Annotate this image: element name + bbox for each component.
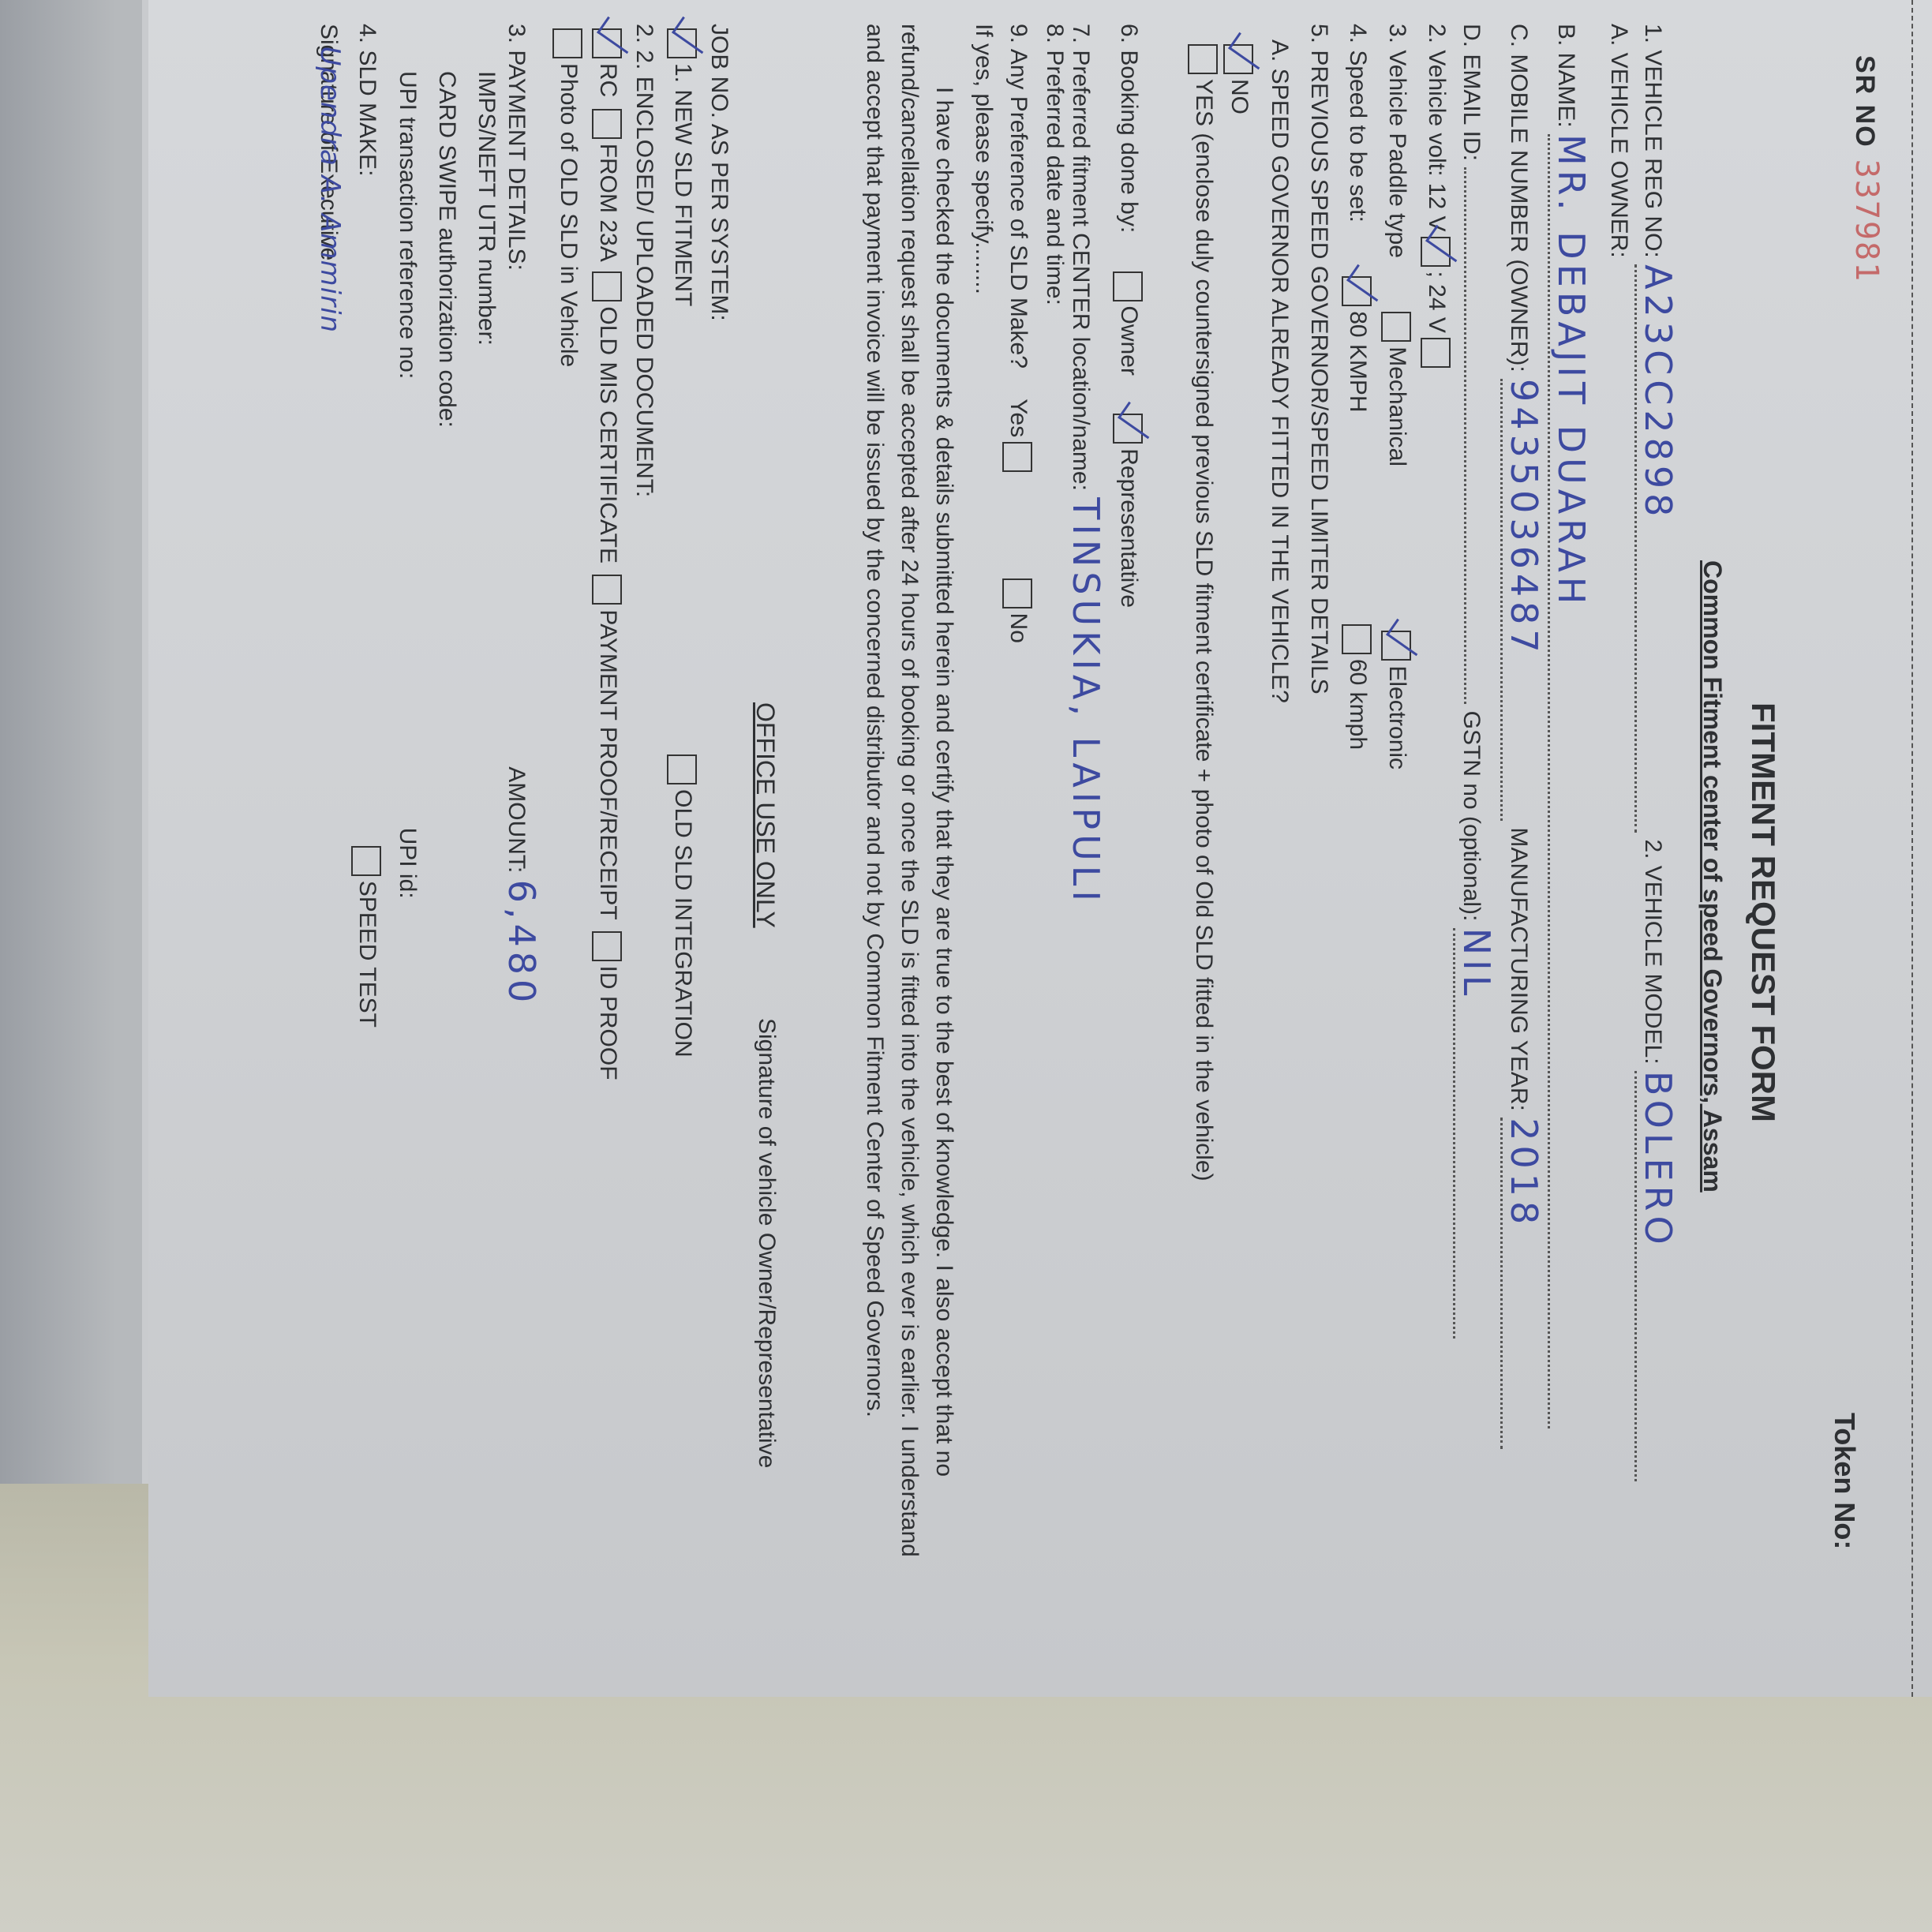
doc-photo-label: Photo of OLD SLD in Vehicle bbox=[556, 63, 582, 367]
doc-23a-label: FROM 23A bbox=[595, 144, 621, 260]
old-sld-integration-label: OLD SLD INTEGRATION bbox=[670, 789, 696, 1058]
speed-label: 4. Speed to be set: bbox=[1345, 24, 1371, 223]
doc-rc-checkbox[interactable] bbox=[592, 28, 622, 58]
declaration-text: I have checked the documents & details s… bbox=[857, 24, 961, 1602]
doc-id-checkbox[interactable] bbox=[592, 931, 622, 961]
center-value[interactable]: TINSUKIA, LAIPULI bbox=[1065, 497, 1107, 906]
sld-pref-yes-label: Yes bbox=[1005, 399, 1032, 437]
doc-payment-checkbox[interactable] bbox=[592, 575, 622, 605]
sld-preference-label: 9. Any Preference of SLD Make? bbox=[1005, 24, 1032, 369]
sld-pref-yes-checkbox[interactable] bbox=[1002, 442, 1032, 472]
sr-label: SR NO bbox=[1850, 55, 1880, 148]
speed-test-label: SPEED TEST bbox=[354, 881, 380, 1028]
speed-60-checkbox[interactable] bbox=[1342, 624, 1372, 654]
governor-fitted-question: A. SPEED GOVERNOR ALREADY FITTED IN THE … bbox=[1266, 39, 1293, 703]
owner-signature-label: Signature of vehicle Owner/Representativ… bbox=[753, 1018, 780, 1468]
prev-yes-option[interactable]: YES (enclose duly countersigned previous… bbox=[1188, 39, 1218, 1460]
speed-row: 4. Speed to be set: 80 KMPH 60 kmph bbox=[1342, 24, 1372, 750]
owner-heading: A. VEHICLE OWNER: bbox=[1605, 24, 1632, 258]
page-title: FITMENT REQUEST FORM bbox=[1744, 702, 1782, 1122]
center-label: 7. Preferred fitment CENTER location/nam… bbox=[1068, 24, 1094, 491]
executive-signature: Signature of Executive Upendra A. Ammiri… bbox=[314, 24, 346, 333]
reg-value[interactable]: A23CC2898 bbox=[1634, 264, 1679, 833]
amount-label: AMOUNT: bbox=[504, 766, 530, 873]
booking-row: 6. Booking done by: Owner Representative bbox=[1113, 24, 1143, 608]
job-no-label: JOB NO. AS PER SYSTEM: bbox=[706, 24, 732, 321]
volt-24-checkbox[interactable] bbox=[1421, 338, 1451, 368]
paddle-label: 3. Vehicle Paddle type bbox=[1384, 24, 1410, 258]
sld-pref-no-checkbox[interactable] bbox=[1002, 578, 1032, 608]
model-value[interactable]: BOLERO bbox=[1634, 1071, 1679, 1481]
doc-old-mis-checkbox[interactable] bbox=[592, 271, 622, 301]
name-field[interactable]: B. NAME: MR. DEBAJIT DUARAH bbox=[1548, 24, 1593, 1428]
doc-payment-label: PAYMENT PROOF/RECEIPT bbox=[595, 609, 621, 919]
old-sld-integration-checkbox[interactable] bbox=[667, 754, 697, 784]
upi-row: UPI transaction reference no: UPI id: bbox=[394, 71, 421, 899]
sld-preference-row: 9. Any Preference of SLD Make? Yes No bbox=[1002, 24, 1032, 643]
speed-80-label: 80 KMPH bbox=[1345, 311, 1371, 412]
payment-label: 3. PAYMENT DETAILS: bbox=[504, 24, 530, 271]
mobile-field[interactable]: C. MOBILE NUMBER (OWNER): 9435036487 MAN… bbox=[1500, 24, 1545, 1449]
sr-value: 337981 bbox=[1848, 159, 1885, 283]
booking-owner-checkbox[interactable] bbox=[1113, 271, 1143, 301]
executive-signature-handwriting: Upendra A. Ammirin bbox=[314, 47, 346, 334]
prev-no-label: NO bbox=[1226, 79, 1252, 114]
prev-no-checkbox[interactable] bbox=[1223, 44, 1253, 74]
paddle-electronic-checkbox[interactable] bbox=[1381, 631, 1411, 661]
card-swipe-label: CARD SWIPE authorization code: bbox=[433, 71, 460, 428]
paddle-row: 3. Vehicle Paddle type Mechanical Electr… bbox=[1381, 24, 1411, 769]
doc-23a-checkbox[interactable] bbox=[592, 109, 622, 139]
email-label: D. EMAIL ID: bbox=[1458, 24, 1485, 161]
sr-number: SR NO337981 bbox=[1848, 55, 1885, 283]
volt-label: 2. Vehicle volt: 12 V bbox=[1424, 24, 1450, 232]
declaration-paragraph: I have checked the documents & details s… bbox=[857, 24, 961, 1602]
new-sld-label: 1. NEW SLD FITMENT bbox=[670, 63, 696, 306]
upi-ref-label: UPI transaction reference no: bbox=[395, 71, 421, 379]
previous-governor-heading: 5. PREVIOUS SPEED GOVERNOR/SPEED LIMITER… bbox=[1305, 24, 1332, 695]
documents-row: RC FROM 23A OLD MIS CERTIFICATE PAYMENT … bbox=[592, 24, 622, 1080]
sld-make-label: 4. SLD MAKE: bbox=[354, 24, 380, 176]
booking-rep-label: Representative bbox=[1116, 448, 1142, 608]
fitment-form-sheet: SR NO337981 Token No: FITMENT REQUEST FO… bbox=[148, 0, 1932, 1697]
speed-60-label: 60 kmph bbox=[1345, 659, 1371, 750]
volt-12-checkbox[interactable] bbox=[1421, 237, 1451, 267]
new-sld-checkbox[interactable] bbox=[667, 28, 697, 58]
prev-yes-label: YES (enclose duly countersigned previous… bbox=[1191, 79, 1217, 1181]
prev-yes-checkbox[interactable] bbox=[1188, 44, 1218, 74]
booking-rep-checkbox[interactable] bbox=[1113, 414, 1143, 444]
doc-id-label: ID PROOF bbox=[595, 966, 621, 1080]
paddle-electronic-label: Electronic bbox=[1384, 665, 1410, 769]
prev-no-option[interactable]: NO bbox=[1223, 39, 1253, 114]
year-label: MANUFACTURING YEAR: bbox=[1506, 827, 1532, 1111]
sld-make-row: 4. SLD MAKE: SPEED TEST bbox=[351, 24, 381, 1028]
model-label: 2. VEHICLE MODEL: bbox=[1640, 839, 1666, 1064]
imps-label: IMPS/NEFT UTR number: bbox=[473, 71, 500, 346]
specify-label: If yes, please specify........ bbox=[970, 24, 997, 294]
booking-label: 6. Booking done by: bbox=[1116, 24, 1142, 233]
doc-rc-label: RC bbox=[595, 63, 621, 97]
paddle-mechanical-checkbox[interactable] bbox=[1381, 312, 1411, 342]
reg-label: 1. VEHICLE REG NO: bbox=[1640, 24, 1666, 258]
paddle-mechanical-label: Mechanical bbox=[1384, 346, 1410, 466]
doc-old-mis-label: OLD MIS CERTIFICATE bbox=[595, 306, 621, 563]
office-use-heading: OFFICE USE ONLY bbox=[751, 702, 780, 928]
doc-photo-row: Photo of OLD SLD in Vehicle bbox=[552, 24, 582, 367]
year-value[interactable]: 2018 bbox=[1500, 1118, 1545, 1449]
gstn-label: GSTN no (optional): bbox=[1458, 711, 1485, 922]
volt-24-label: ; 24 V bbox=[1424, 271, 1450, 333]
email-gstn-field[interactable]: D. EMAIL ID: GSTN no (optional): NIL bbox=[1453, 24, 1498, 1339]
mobile-label: C. MOBILE NUMBER (OWNER): bbox=[1506, 24, 1532, 373]
form-subtitle: Common Fitment center of speed Governors… bbox=[1698, 560, 1727, 1193]
payment-row: 3. PAYMENT DETAILS: AMOUNT: 6,480 bbox=[500, 24, 543, 1007]
amount-value[interactable]: 6,480 bbox=[500, 880, 543, 1008]
name-value[interactable]: MR. DEBAJIT DUARAH bbox=[1548, 134, 1593, 1428]
speed-test-checkbox[interactable] bbox=[351, 846, 381, 876]
volt-row: 2. Vehicle volt: 12 V; 24 V bbox=[1421, 24, 1451, 373]
sld-pref-no-label: No bbox=[1005, 613, 1032, 643]
doc-photo-checkbox[interactable] bbox=[552, 28, 582, 58]
speed-80-checkbox[interactable] bbox=[1342, 276, 1372, 306]
center-row[interactable]: 7. Preferred fitment CENTER location/nam… bbox=[1065, 24, 1107, 906]
documents-label: 2. 2. ENCLOSED/ UPLOADED DOCUMENT: bbox=[631, 24, 657, 497]
mobile-value[interactable]: 9435036487 bbox=[1500, 379, 1545, 821]
job-type-row: 1. NEW SLD FITMENT OLD SLD INTEGRATION bbox=[667, 24, 697, 1058]
name-label: B. NAME: bbox=[1553, 24, 1579, 128]
token-label: Token No: bbox=[1828, 1413, 1861, 1549]
gstn-value[interactable]: NIL bbox=[1453, 928, 1498, 1339]
reg-no-field[interactable]: 1. VEHICLE REG NO: A23CC2898 2. VEHICLE … bbox=[1634, 24, 1679, 1481]
upi-id-label: UPI id: bbox=[395, 828, 421, 899]
preferred-datetime-label: 8. Preferred date and time: bbox=[1041, 24, 1068, 305]
booking-owner-label: Owner bbox=[1116, 306, 1142, 376]
